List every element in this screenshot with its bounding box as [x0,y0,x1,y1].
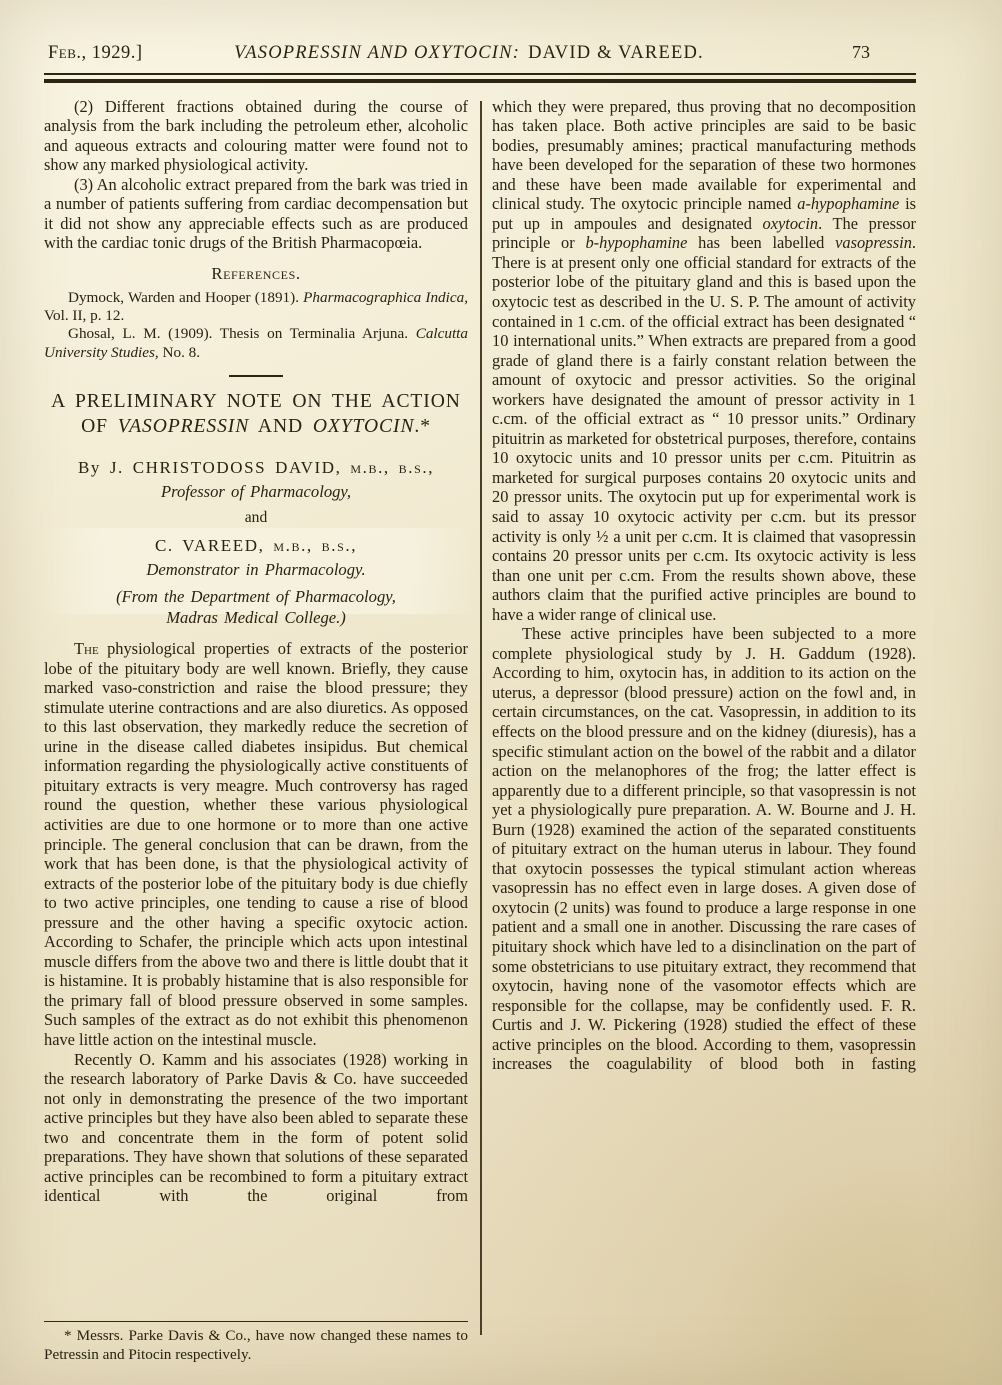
text-run: .* [414,416,431,437]
paragraph: These active principles have been subjec… [492,624,916,1074]
section-heading: References. [44,264,468,284]
text-run: OF [81,416,118,437]
header-rule-thin [44,73,916,75]
reference-item: Ghosal, L. M. (1909). Thesis on Terminal… [44,325,468,362]
header-running-title: VASOPRESSIN AND OXYTOCIN:DAVID & VAREED. [218,43,720,64]
author-byline: C. VAREED, m.b., b.s., [44,536,468,556]
left-column: (2) Different fractions obtained during … [44,97,468,1365]
italic-run: oxytocin [763,214,819,233]
header-issue-date: Feb., 1929.] [48,43,218,64]
text-run: has been labelled [687,233,835,252]
italic-run: Professor of Pharmacology, [161,482,351,501]
italic-run: Pharmacographica Indica, [303,289,468,306]
page-content: Feb., 1929.] VASOPRESSIN AND OXYTOCIN:DA… [44,42,916,1365]
italic-run: vasopressin [835,233,912,252]
text-run: . There is at present only one official … [492,233,916,623]
running-header: Feb., 1929.] VASOPRESSIN AND OXYTOCIN:DA… [44,42,916,64]
paragraph: Recently O. Kamm and his associates (192… [44,1050,468,1206]
affiliation: (From the Department of Pharmacology,Mad… [44,587,468,628]
small-caps-run: m.b., b.s., [273,536,357,555]
text-run: These active principles have been subjec… [492,624,916,1073]
small-caps-run: The [74,639,99,658]
running-title-authors: DAVID & VAREED. [528,43,704,63]
text-run: Vol. II, p. 12. [44,307,124,324]
text-run: Ghosal, L. M. (1909). Thesis on Terminal… [68,325,416,342]
italic-run: OXYTOCIN [313,416,415,437]
text-run: A PRELIMINARY NOTE ON THE ACTION [51,391,461,412]
small-caps-run: References. [211,264,300,283]
italic-run: Madras Medical College.) [166,608,346,627]
paragraph: (3) An alcoholic extract prepared from t… [44,175,468,253]
text-run: No. 8. [159,344,200,361]
paragraph: (2) Different fractions obtained during … [44,97,468,175]
small-caps-run: m.b., b.s., [350,458,434,477]
italic-run: a-hypophamine [797,194,899,213]
text-run: physiological properties of extracts of … [44,639,468,1049]
text-run: (2) Different fractions obtained during … [44,97,468,175]
text-run: C. VAREED, [155,536,273,555]
right-column: which they were prepared, thus proving t… [492,97,916,1365]
text-run: (3) An alcoholic extract prepared from t… [44,175,468,253]
italic-run: Demonstrator in Pharmacology. [146,560,365,579]
page-number: 73 [720,42,912,63]
paragraph-continuation: which they were prepared, thus proving t… [492,97,916,625]
column-gap [468,97,492,1365]
section-divider-rule [229,375,283,377]
two-column-body: (2) Different fractions obtained during … [44,97,916,1365]
header-rule-thick [44,79,916,83]
journal-page-scan: Feb., 1929.] VASOPRESSIN AND OXYTOCIN:DA… [0,0,1002,1385]
author-byline: By J. CHRISTODOSS DAVID, m.b., b.s., [44,458,468,478]
column-divider-rule [480,101,482,1335]
footnote-rule [44,1321,468,1323]
footnote: * Messrs. Parke Davis & Co., have now ch… [44,1327,468,1364]
italic-run: (From the Department of Pharmacology, [116,587,396,606]
author-role: Professor of Pharmacology, [44,482,468,502]
text-run: Dymock, Warden and Hooper (1891). [68,289,303,306]
italic-run: b-hypophamine [585,233,687,252]
italic-run: VASOPRESSIN [118,416,249,437]
author-role: Demonstrator in Pharmacology. [44,560,468,580]
byline-connector: and [44,509,468,527]
text-run: AND [249,416,313,437]
text-run: and [245,509,268,526]
text-run: Recently O. Kamm and his associates (192… [44,1050,468,1206]
running-title-article: VASOPRESSIN AND OXYTOCIN: [234,43,520,63]
paragraph: The physiological properties of extracts… [44,639,468,1049]
reference-item: Dymock, Warden and Hooper (1891). Pharma… [44,289,468,326]
text-run: By J. CHRISTODOSS DAVID, [78,458,350,477]
text-run: * Messrs. Parke Davis & Co., have now ch… [44,1327,468,1363]
article-title: A PRELIMINARY NOTE ON THE ACTIONOF VASOP… [44,390,468,439]
